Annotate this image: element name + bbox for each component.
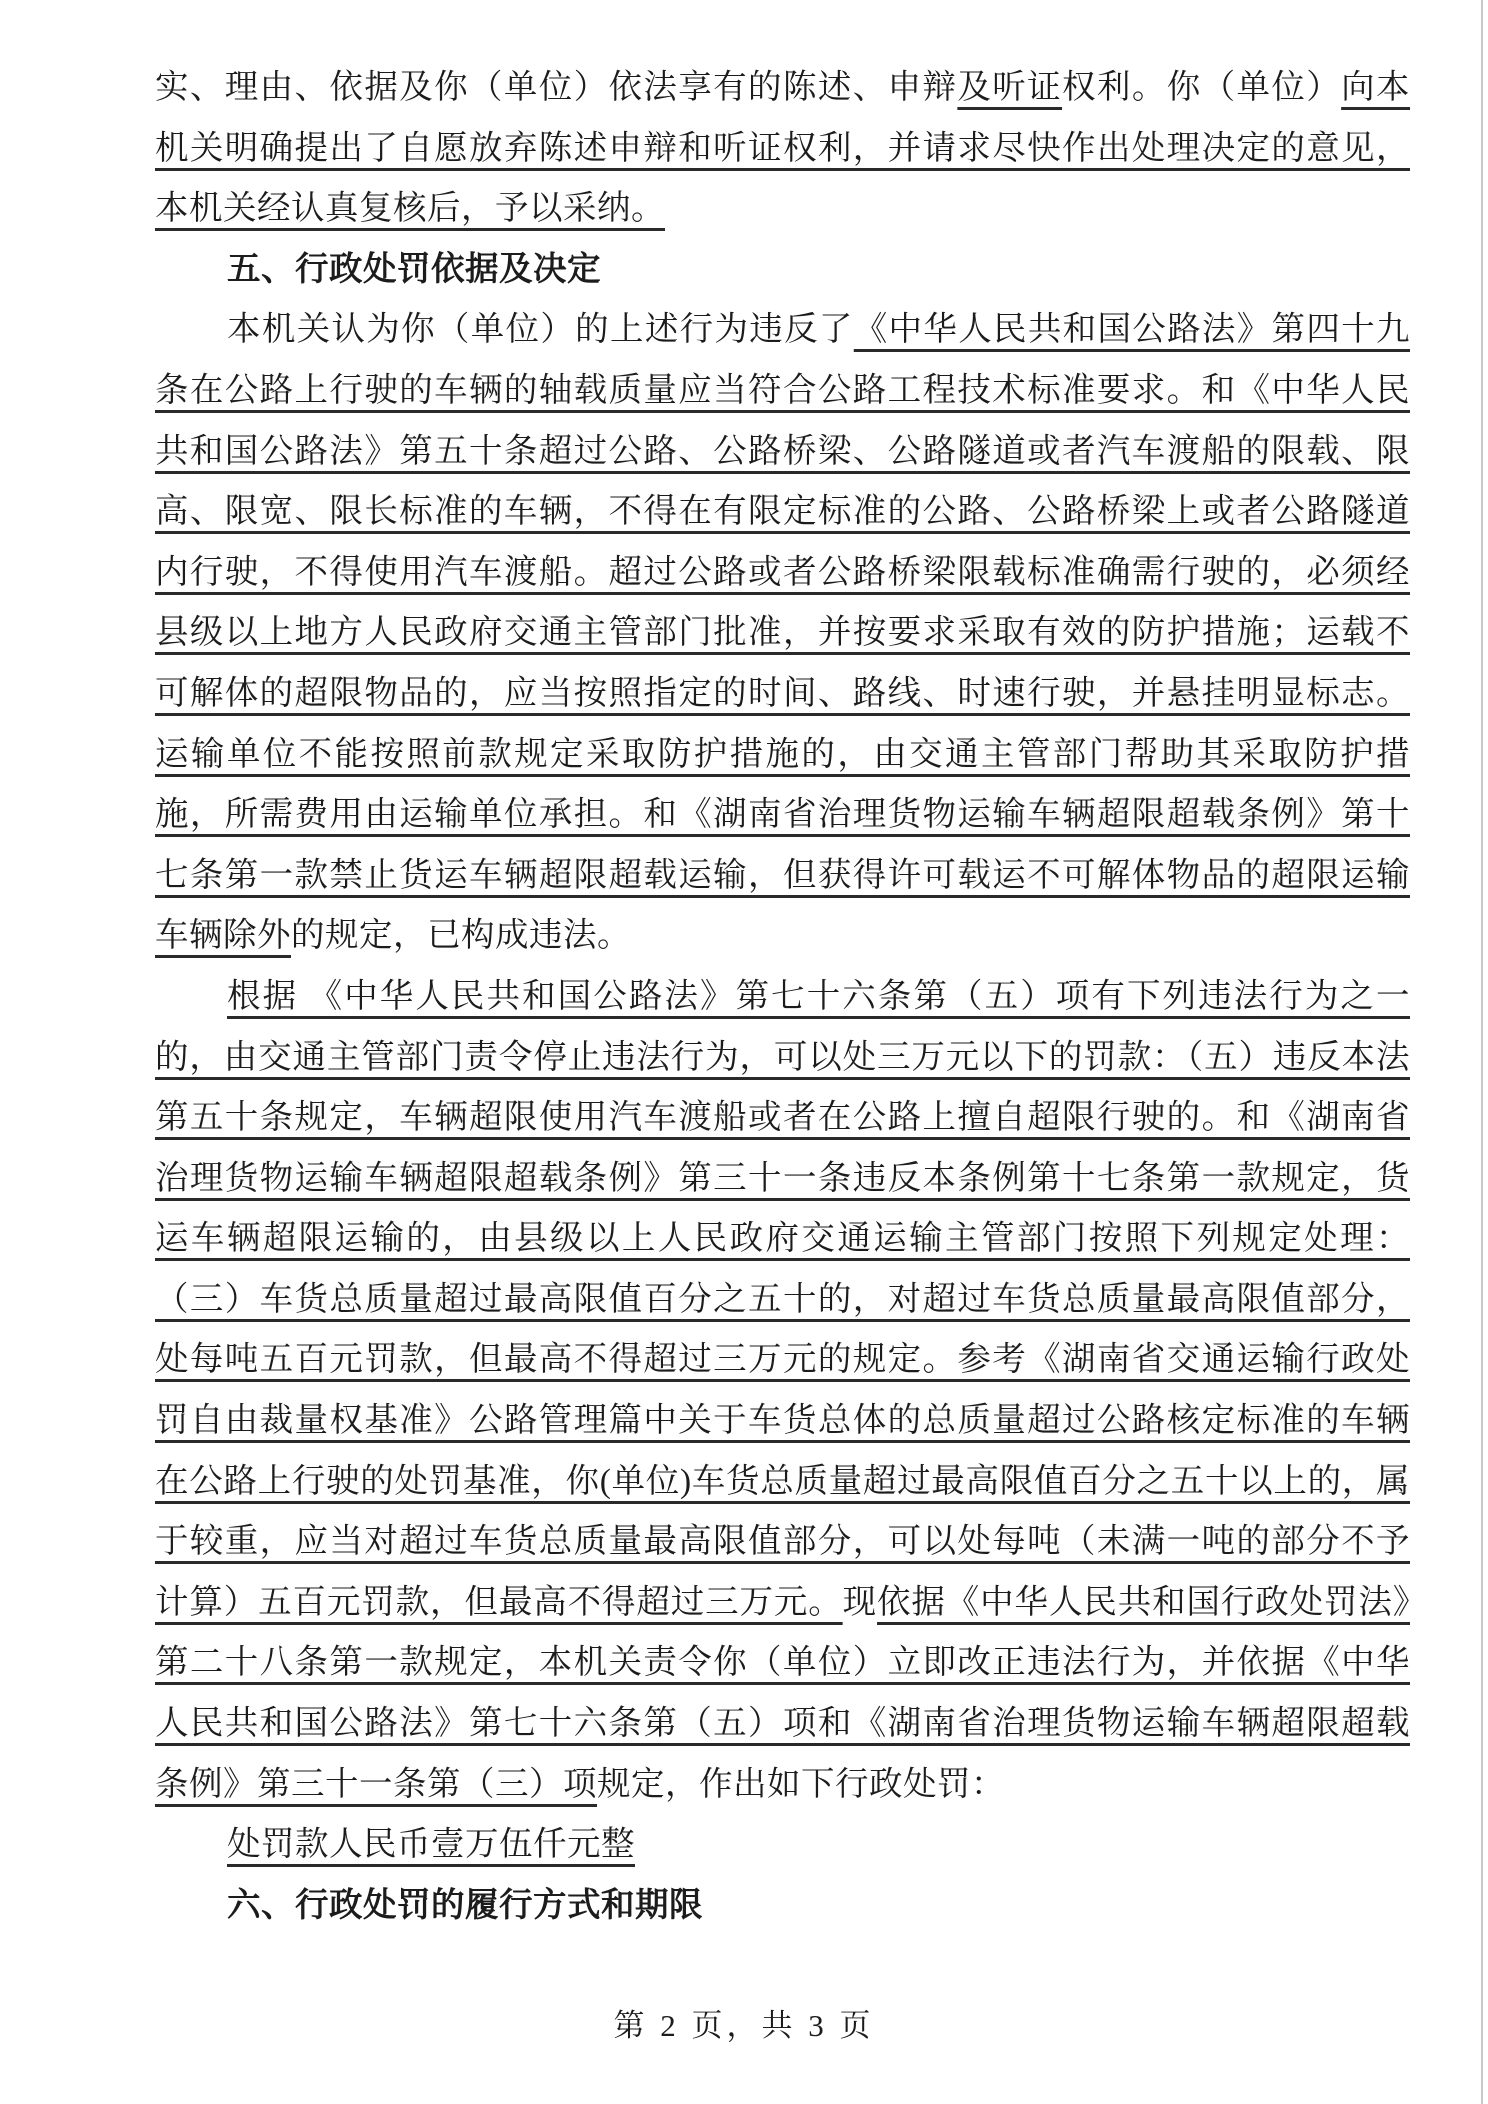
text-run: 权利。你（单位） [1062, 69, 1341, 106]
underlined-text-run: 及听证 [957, 69, 1062, 106]
text-run: 本机关认为你（单位）的上述行为违反了 [227, 311, 854, 348]
paragraph: 根据 《中华人民共和国公路法》第七十六条第（五）项有下列违法行为之一的，由交通主… [155, 967, 1410, 1815]
section-heading: 六、行政处罚的履行方式和期限 [155, 1876, 1410, 1937]
text-run: 规定，作出如下行政处罚： [597, 1766, 1005, 1803]
paragraph: 实、理由、依据及你（单位）依法享有的陈述、申辩及听证权利。你（单位）向本机关明确… [155, 58, 1410, 240]
paragraph: 本机关认为你（单位）的上述行为违反了《中华人民共和国公路法》第四十九条在公路上行… [155, 300, 1410, 967]
text-run: 现 [843, 1584, 877, 1621]
scan-edge-line [1481, 0, 1483, 2104]
text-run: 实、理由、依据及你（单位）依法享有的陈述、申辩 [155, 69, 957, 106]
text-run: 的规定，已构成违法。 [291, 917, 631, 954]
section-heading: 五、行政处罚依据及决定 [155, 240, 1410, 301]
document-page: 实、理由、依据及你（单位）依法享有的陈述、申辩及听证权利。你（单位）向本机关明确… [0, 0, 1488, 2104]
document-body: 实、理由、依据及你（单位）依法享有的陈述、申辩及听证权利。你（单位）向本机关明确… [155, 58, 1410, 1936]
underlined-text-run: 根据 《中华人民共和国公路法》第七十六条第（五）项有下列违法行为之一的，由交通主… [155, 978, 1410, 1621]
underlined-text-run: 处罚款人民币壹万伍仟元整 [227, 1826, 635, 1863]
underlined-text-run: 《中华人民共和国公路法》第四十九条在公路上行驶的车辆的轴载质量应当符合公路工程技… [155, 311, 1410, 954]
page-number-footer: 第 2 页，共 3 页 [0, 2000, 1488, 2045]
paragraph: 处罚款人民币壹万伍仟元整 [155, 1815, 1410, 1876]
